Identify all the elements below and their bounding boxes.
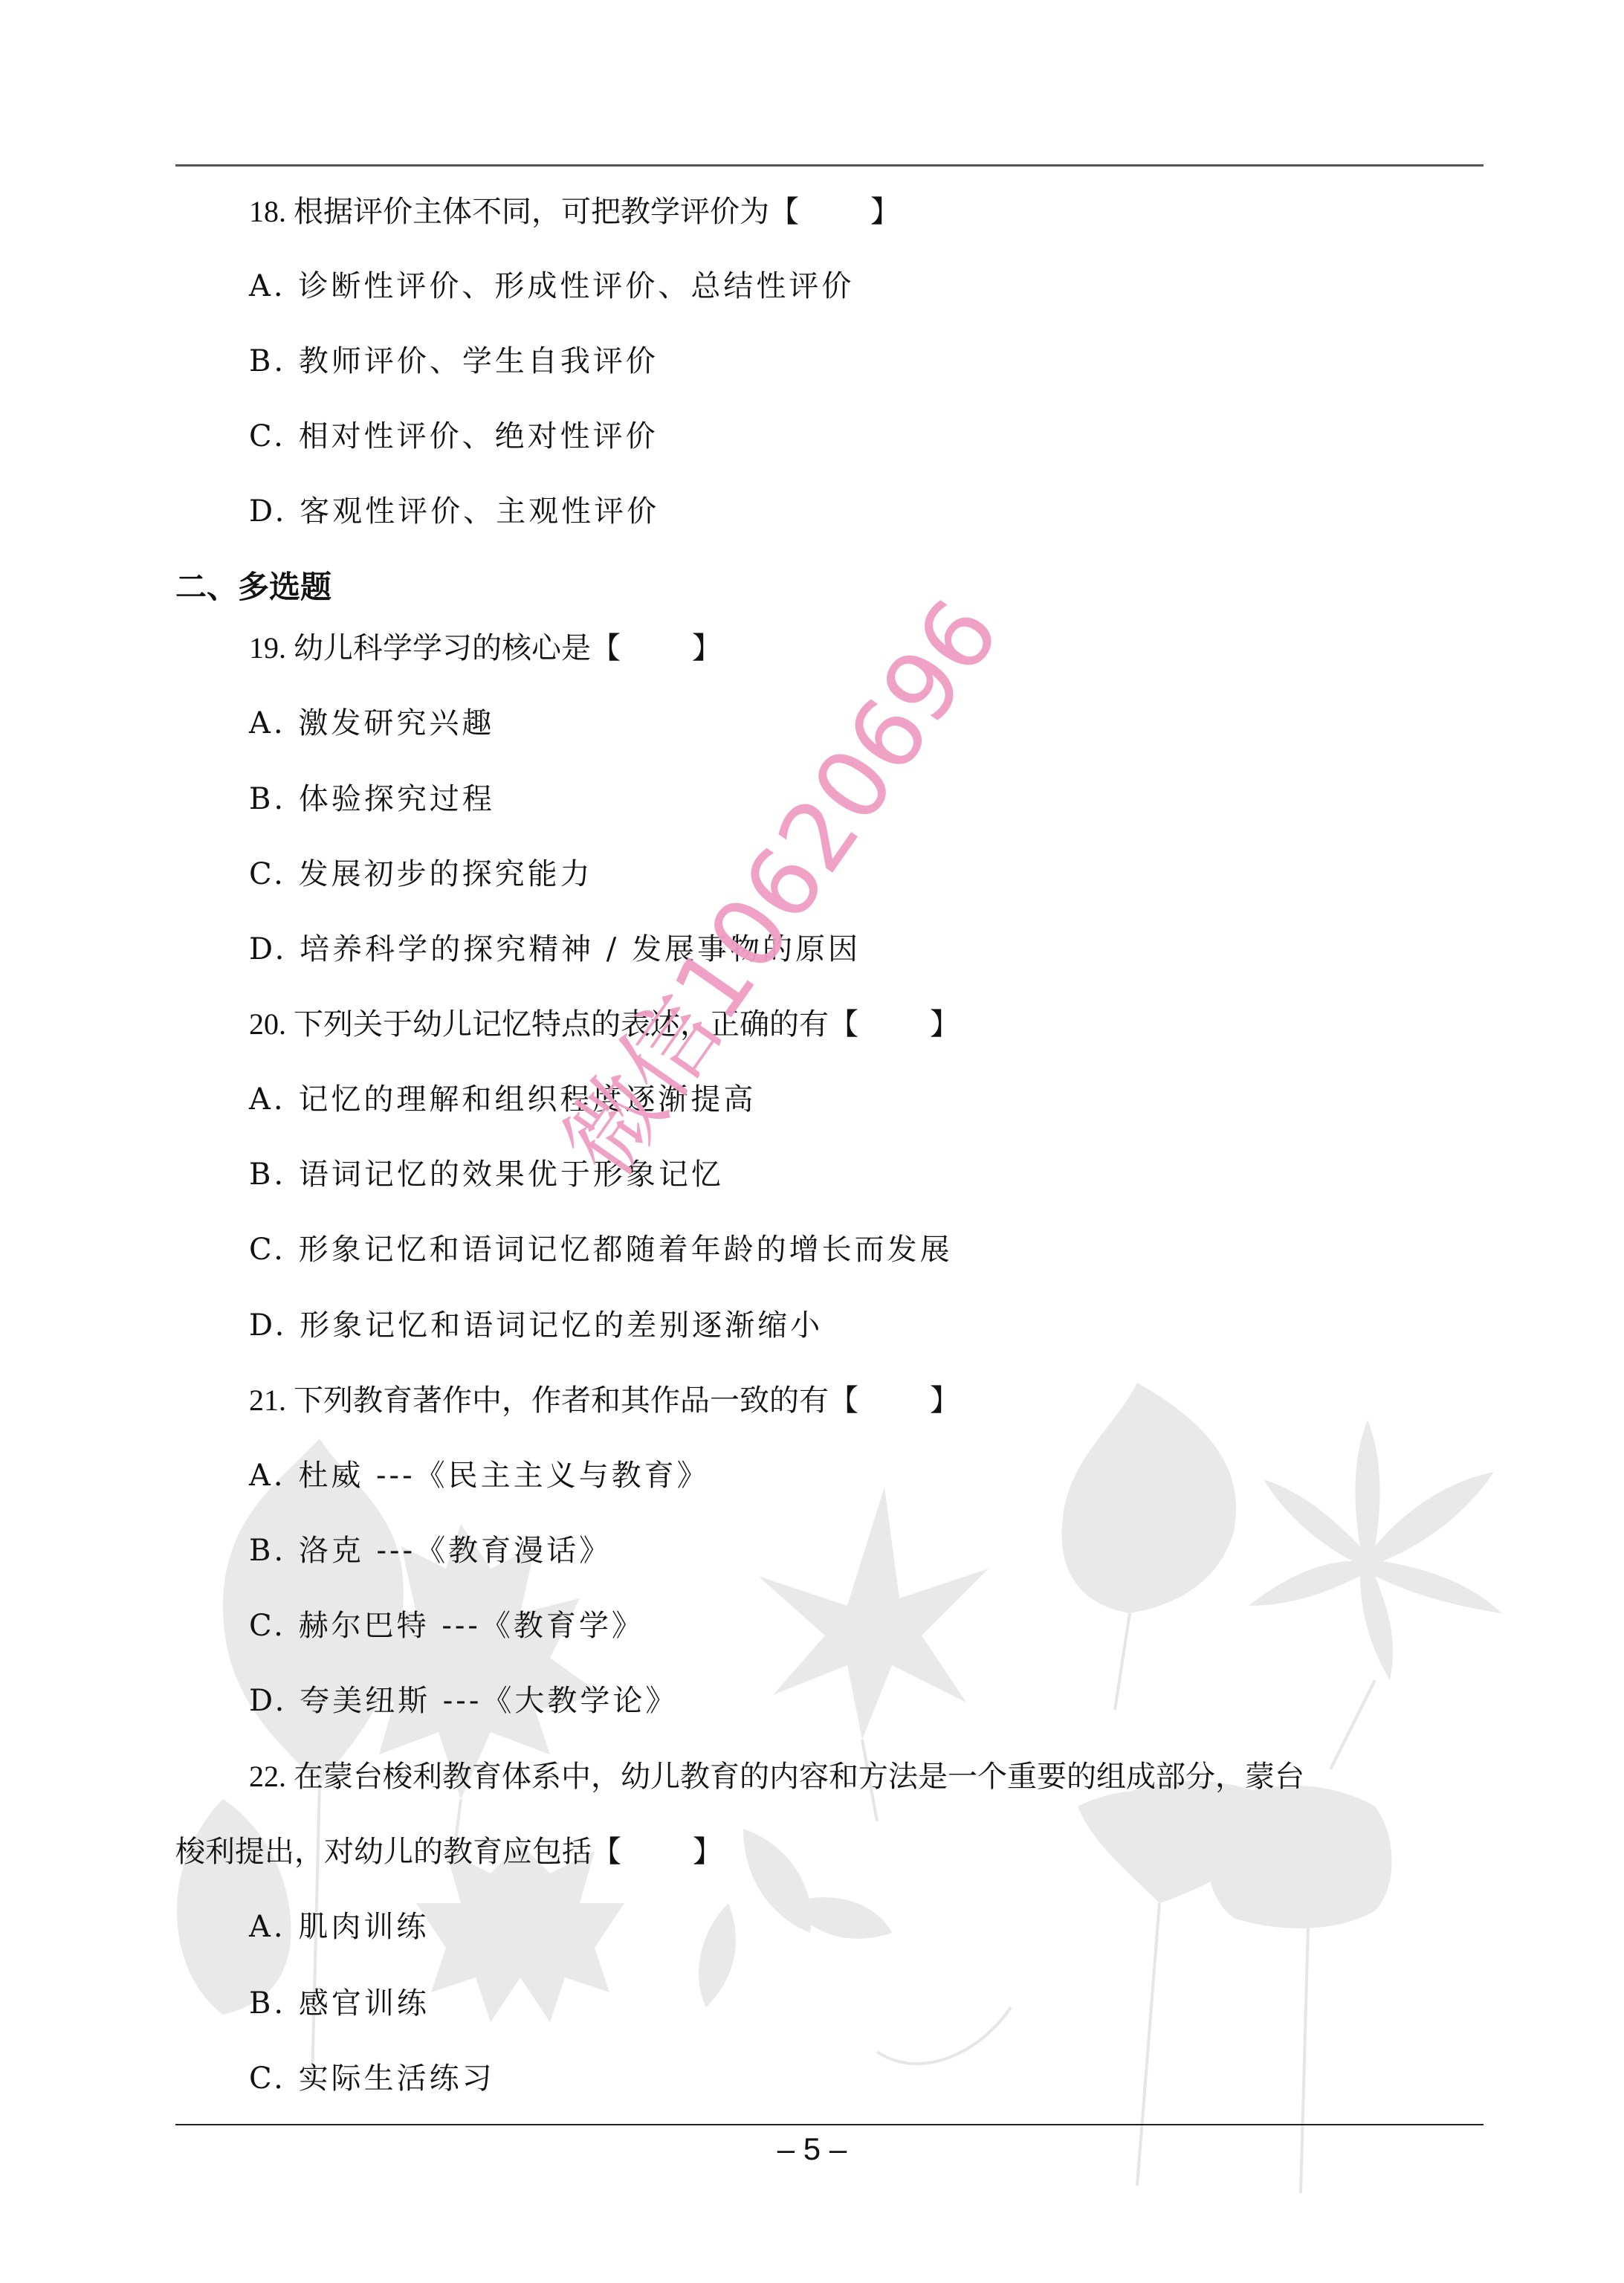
question-21-option-c: C. 赫尔巴特 ---《教育学》	[249, 1605, 644, 1647]
watermark-text: 微信10620696	[550, 585, 1015, 1192]
section-title: 二、多选题	[175, 566, 331, 608]
question-21-option-a: A. 杜威 ---《民主主义与教育》	[249, 1455, 710, 1496]
question-21-option-d: D. 夸美纽斯 ---《大教学论》	[249, 1680, 678, 1722]
question-20-option-d: D. 形象记忆和语词记忆的差别逐渐缩小	[249, 1305, 823, 1346]
question-22-stem-continued: 梭利提出，对幼儿的教育应包括【】	[175, 1831, 722, 1873]
question-19-stem: 19. 幼儿科学学习的核心是【】	[249, 627, 722, 669]
header-rule	[175, 164, 1484, 167]
document-page: 18. 根据评价主体不同，可把教学评价为【】 A. 诊断性评价、形成性评价、总结…	[0, 0, 1624, 2283]
question-18-option-a: A. 诊断性评价、形成性评价、总结性评价	[249, 265, 854, 307]
answer-blank[interactable]: 【】	[829, 1380, 960, 1421]
question-text: 在蒙台梭利教育体系中，幼儿教育的内容和方法是一个重要的组成部分，蒙台	[294, 1760, 1304, 1793]
question-20-stem: 20. 下列关于幼儿记忆特点的表述，正确的有【】	[249, 1004, 960, 1045]
question-text: 幼儿科学学习的核心是	[294, 631, 591, 665]
question-number: 22.	[249, 1760, 286, 1793]
question-22-option-c: C. 实际生活练习	[249, 2058, 495, 2099]
question-18-option-b: B. 教师评价、学生自我评价	[249, 340, 659, 382]
question-19-option-a: A. 激发研究兴趣	[249, 703, 494, 744]
question-22-option-a: A. 肌肉训练	[249, 1906, 429, 1948]
answer-blank[interactable]: 【】	[591, 627, 722, 669]
question-21-stem: 21. 下列教育著作中，作者和其作品一致的有【】	[249, 1380, 960, 1421]
page-number: – 5 –	[0, 2131, 1624, 2168]
question-number: 20.	[249, 1007, 286, 1041]
question-19-option-c: C. 发展初步的探究能力	[249, 853, 593, 895]
question-19-option-b: B. 体验探究过程	[249, 778, 495, 820]
answer-blank[interactable]: 【】	[592, 1831, 722, 1873]
question-18-option-d: D. 客观性评价、主观性评价	[249, 491, 659, 532]
question-number: 18.	[249, 195, 286, 228]
question-18-option-c: C. 相对性评价、绝对性评价	[249, 416, 659, 457]
question-22-stem: 22. 在蒙台梭利教育体系中，幼儿教育的内容和方法是一个重要的组成部分，蒙台	[249, 1756, 1304, 1798]
question-20-option-c: C. 形象记忆和语词记忆都随着年龄的增长而发展	[249, 1229, 953, 1270]
question-number: 21.	[249, 1383, 286, 1417]
question-text: 下列教育著作中，作者和其作品一致的有	[294, 1383, 829, 1417]
question-number: 19.	[249, 631, 286, 665]
question-text: 根据评价主体不同，可把教学评价为	[294, 195, 769, 228]
footer-rule	[175, 2124, 1484, 2125]
leaf-background-illustration	[0, 0, 1624, 2283]
question-text-continued: 梭利提出，对幼儿的教育应包括	[175, 1835, 592, 1868]
question-22-option-b: B. 感官训练	[249, 1983, 430, 2024]
question-21-option-b: B. 洛克 ---《教育漫话》	[249, 1530, 612, 1572]
answer-blank[interactable]: 【】	[769, 191, 900, 233]
question-18-stem: 18. 根据评价主体不同，可把教学评价为【】	[249, 191, 900, 233]
answer-blank[interactable]: 【】	[829, 1004, 960, 1045]
